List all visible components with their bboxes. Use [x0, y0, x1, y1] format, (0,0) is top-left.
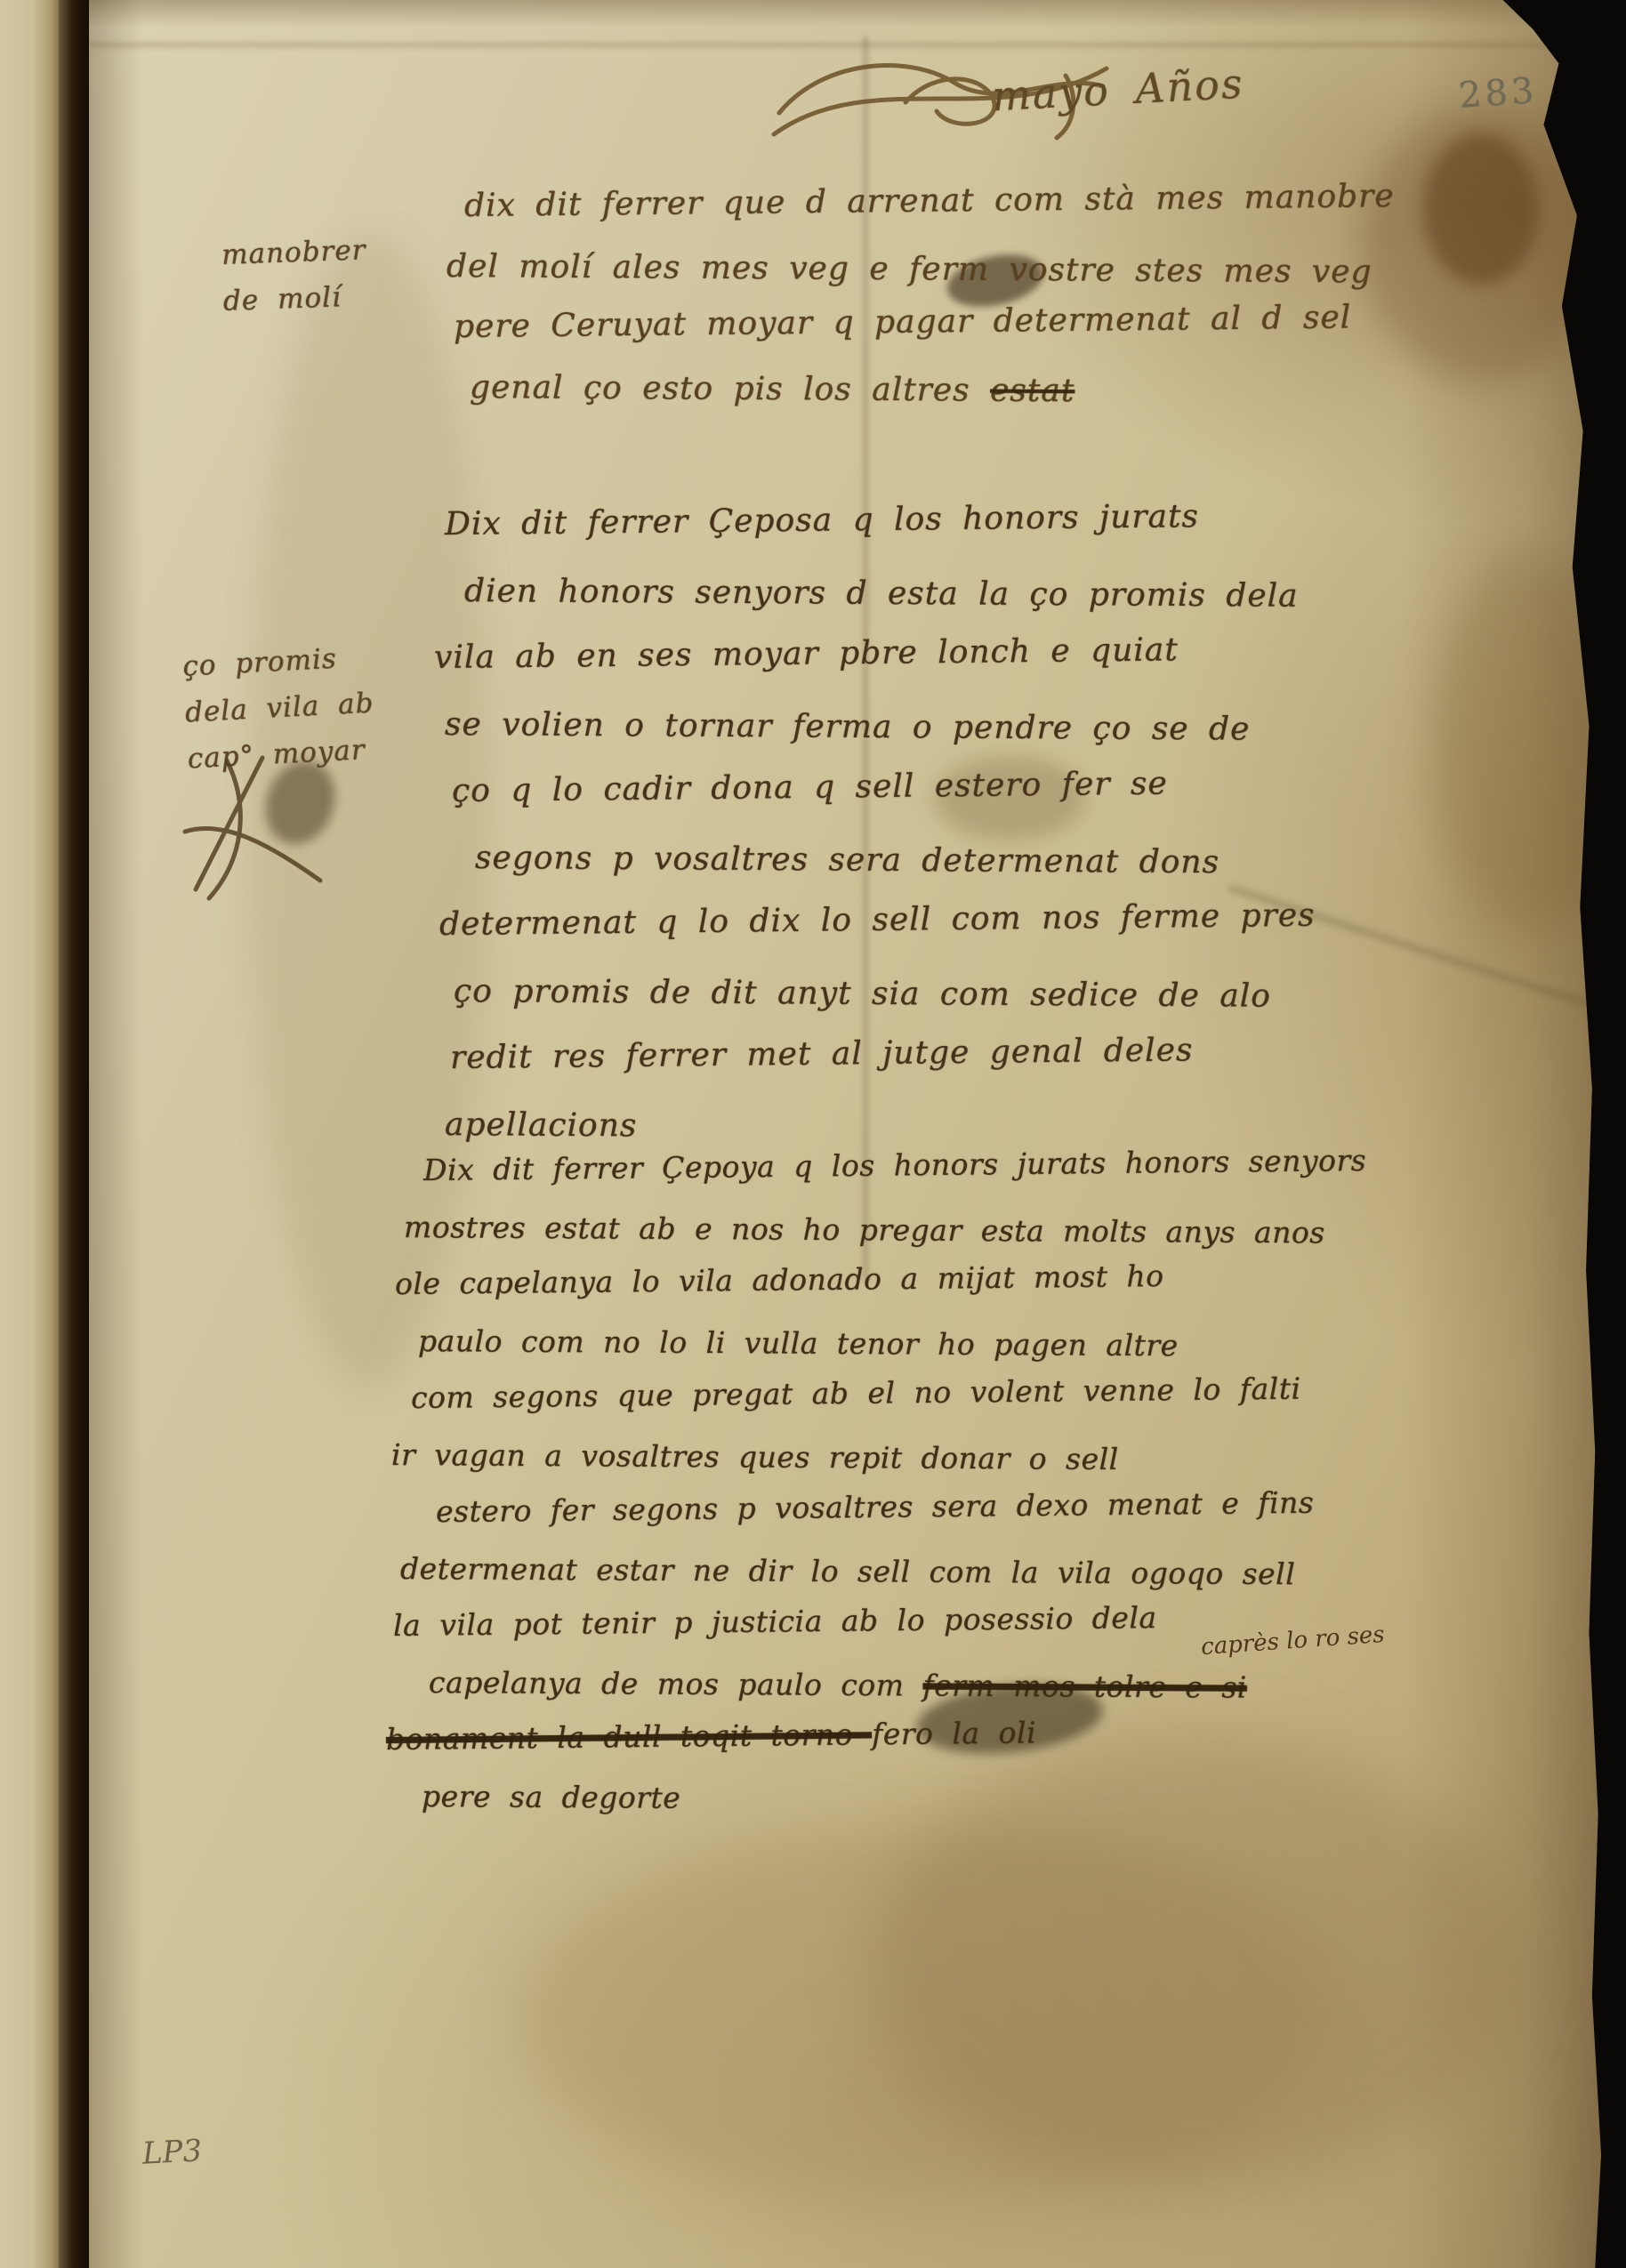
margin-note-manobrer: manobrer de molí — [221, 227, 368, 325]
text-line: determenat q lo dix lo sell com nos ferm… — [439, 882, 1316, 958]
binding-gutter-shadow — [59, 0, 89, 2268]
text-line: bonament la dull toqit torno fero la oli — [386, 1701, 1367, 1768]
text-line: Dix dit ferrer Çeposa q los honors jurat… — [445, 482, 1316, 558]
text-line: pere sa degorte — [422, 1768, 1366, 1830]
ink-stain — [1423, 133, 1539, 285]
paper-stain — [1432, 551, 1626, 934]
text-segment: fero la oli — [872, 1715, 1036, 1751]
margin-paraph-flourish — [178, 756, 329, 907]
struck-text-segment: ferm mos tolre e si — [922, 1668, 1247, 1704]
top-edge-crease — [89, 43, 1601, 47]
text-line: Dix dit ferrer Çepoya q los honors jurat… — [423, 1132, 1367, 1199]
manuscript-scan: mayo Años 283 manobrer de molí ço promis… — [0, 0, 1626, 2268]
struck-text-segment: estat — [990, 373, 1075, 410]
paragraph-3: Dix dit ferrer Çepoya q los honors jurat… — [418, 1142, 1366, 1825]
margin-note-line: manobrer — [221, 227, 366, 278]
margin-note-line: de molí — [222, 273, 368, 325]
text-line: ole capelanya lo vila adonado a mijat mo… — [395, 1246, 1367, 1313]
paper-stain — [1361, 107, 1601, 382]
text-line: com segons que pregat ab el no volent ve… — [411, 1360, 1367, 1427]
text-segment: capelanya de mos paulo com — [429, 1665, 923, 1702]
text-line: ço q lo cadir dona q sell estero fer se — [452, 749, 1316, 824]
text-line: dix dit ferrer que d arrenat com stà mes… — [464, 166, 1395, 237]
struck-text-segment: bonament la dull toqit torno — [386, 1717, 872, 1757]
underlying-folio-edge — [0, 0, 59, 2268]
text-line: vila ab en ses moyar pbre lonch e quiat — [434, 615, 1316, 691]
text-line: redit res ferrer met al jutge genal dele… — [450, 1016, 1316, 1091]
text-segment: genal ço esto pis los altres — [470, 369, 990, 409]
archival-mark: LP3 — [141, 2133, 203, 2171]
text-line: genal ço esto pis los altres estat — [470, 358, 1395, 423]
paragraph-1: dix dit ferrer que d arrenat com stà mes… — [454, 176, 1395, 418]
text-line: pere Ceruyat moyar q pagar determenat al… — [454, 287, 1395, 358]
paragraph-2: Dix dit ferrer Çeposa q los honors jurat… — [445, 491, 1316, 1158]
folio-number: 283 — [1458, 70, 1539, 117]
text-line: estero fer segons p vosaltres sera dexo … — [436, 1474, 1367, 1540]
paper-stain — [516, 1823, 1334, 2206]
